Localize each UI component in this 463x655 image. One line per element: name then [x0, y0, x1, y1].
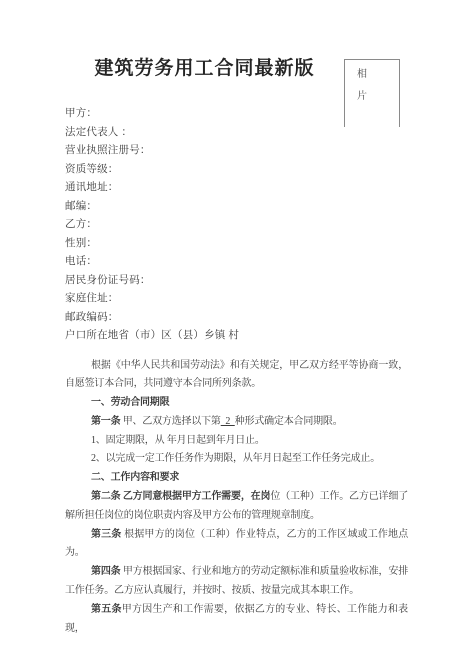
party-field-line: 居民身份证号码： — [65, 272, 408, 291]
clause-text: 2、以完成一定工作任务作为期限，从年月日起至工作任务完成止。 — [91, 453, 380, 464]
clause-bold-text: 第三条 — [91, 529, 121, 540]
clause-bold-text: 第四条 — [91, 566, 121, 577]
clause-2: 第二条 乙方同意根据甲方工作需要，在岗位（工种）工作。乙方已详细了解所担任岗位的… — [65, 488, 408, 526]
section-1-heading: 一、劳动合同期限 — [65, 394, 408, 413]
party-field-line: 营业执照注册号： — [65, 142, 408, 161]
clause-bold-text: 第二条 乙方同意根据甲方工作需要，在岗 — [91, 491, 270, 502]
clause-1-option-2: 2、以完成一定工作任务作为期限，从年月日起至工作任务完成止。 — [65, 450, 408, 469]
party-info-fields: 甲方：法定代表人 ：营业执照注册号：资质等级：通讯地址：邮编：乙方：性别：电话：… — [65, 105, 408, 346]
clause-bold-text: 第一条 — [91, 416, 120, 427]
clause-1-option-1: 1、固定期限，从 年月日起到年月日止。 — [65, 432, 408, 451]
clause-3: 第三条 根据甲方的岗位（工种）作业特点，乙方的工作区域或工作地点为。 — [65, 526, 408, 564]
party-field-line: 通讯地址： — [65, 179, 408, 198]
party-field-line: 资质等级： — [65, 161, 408, 180]
clause-bold-text: 第五条 — [91, 604, 122, 615]
party-field-line: 乙方： — [65, 216, 408, 235]
party-field-line: 邮政编码： — [65, 309, 408, 328]
clause-4: 第四条 甲方根据国家、行业和地方的劳动定额标准和质量验收标准，安排工作任务。乙方… — [65, 563, 408, 601]
contract-clauses: 根据《中华人民共和国劳动法》和有关规定，甲乙双方经平等协商一致，自愿签订本合同，… — [65, 357, 408, 639]
clause-text: 甲、乙双方选择以下第 — [120, 416, 220, 427]
clause-5: 第五条甲方因生产和工作需要，依据乙方的专业、特长、工作能力和表现， — [65, 601, 408, 639]
photo-box-label-line1: 相 — [357, 64, 399, 86]
clause-bold-text: 二、工作内容和要求 — [91, 472, 179, 483]
party-field-line: 性别： — [65, 235, 408, 254]
document-title: 建筑劳务用工合同最新版 — [65, 58, 344, 80]
clause-1: 第一条 甲、乙双方选择以下第 2 种形式确定本合同期限。 — [65, 413, 408, 432]
preamble-paragraph: 根据《中华人民共和国劳动法》和有关规定，甲乙双方经平等协商一致，自愿签订本合同，… — [65, 357, 408, 395]
party-field-line: 家庭住址： — [65, 290, 408, 309]
party-field-line: 电话： — [65, 253, 408, 272]
party-field-line: 邮编： — [65, 198, 408, 217]
clause-text: 种形式确定本合同期限。 — [235, 416, 343, 427]
clause-text: 根据《中华人民共和国劳动法》和有关规定，甲乙双方经平等协商一致，自愿签订本合同，… — [65, 360, 408, 390]
photo-box: 相 片 — [344, 59, 400, 127]
clause-underlined-value: 2 — [221, 416, 235, 427]
clause-text: 1、固定期限，从 年月日起到年月日止。 — [91, 435, 265, 446]
contract-document-page: 建筑劳务用工合同最新版 相 片 甲方：法定代表人 ：营业执照注册号：资质等级：通… — [0, 0, 463, 655]
clause-bold-text: 一、劳动合同期限 — [91, 397, 169, 408]
section-2-heading: 二、工作内容和要求 — [65, 469, 408, 488]
party-field-line: 户口所在地省（市）区（县）乡镇 村 — [65, 327, 408, 346]
photo-box-label-line2: 片 — [357, 86, 399, 108]
